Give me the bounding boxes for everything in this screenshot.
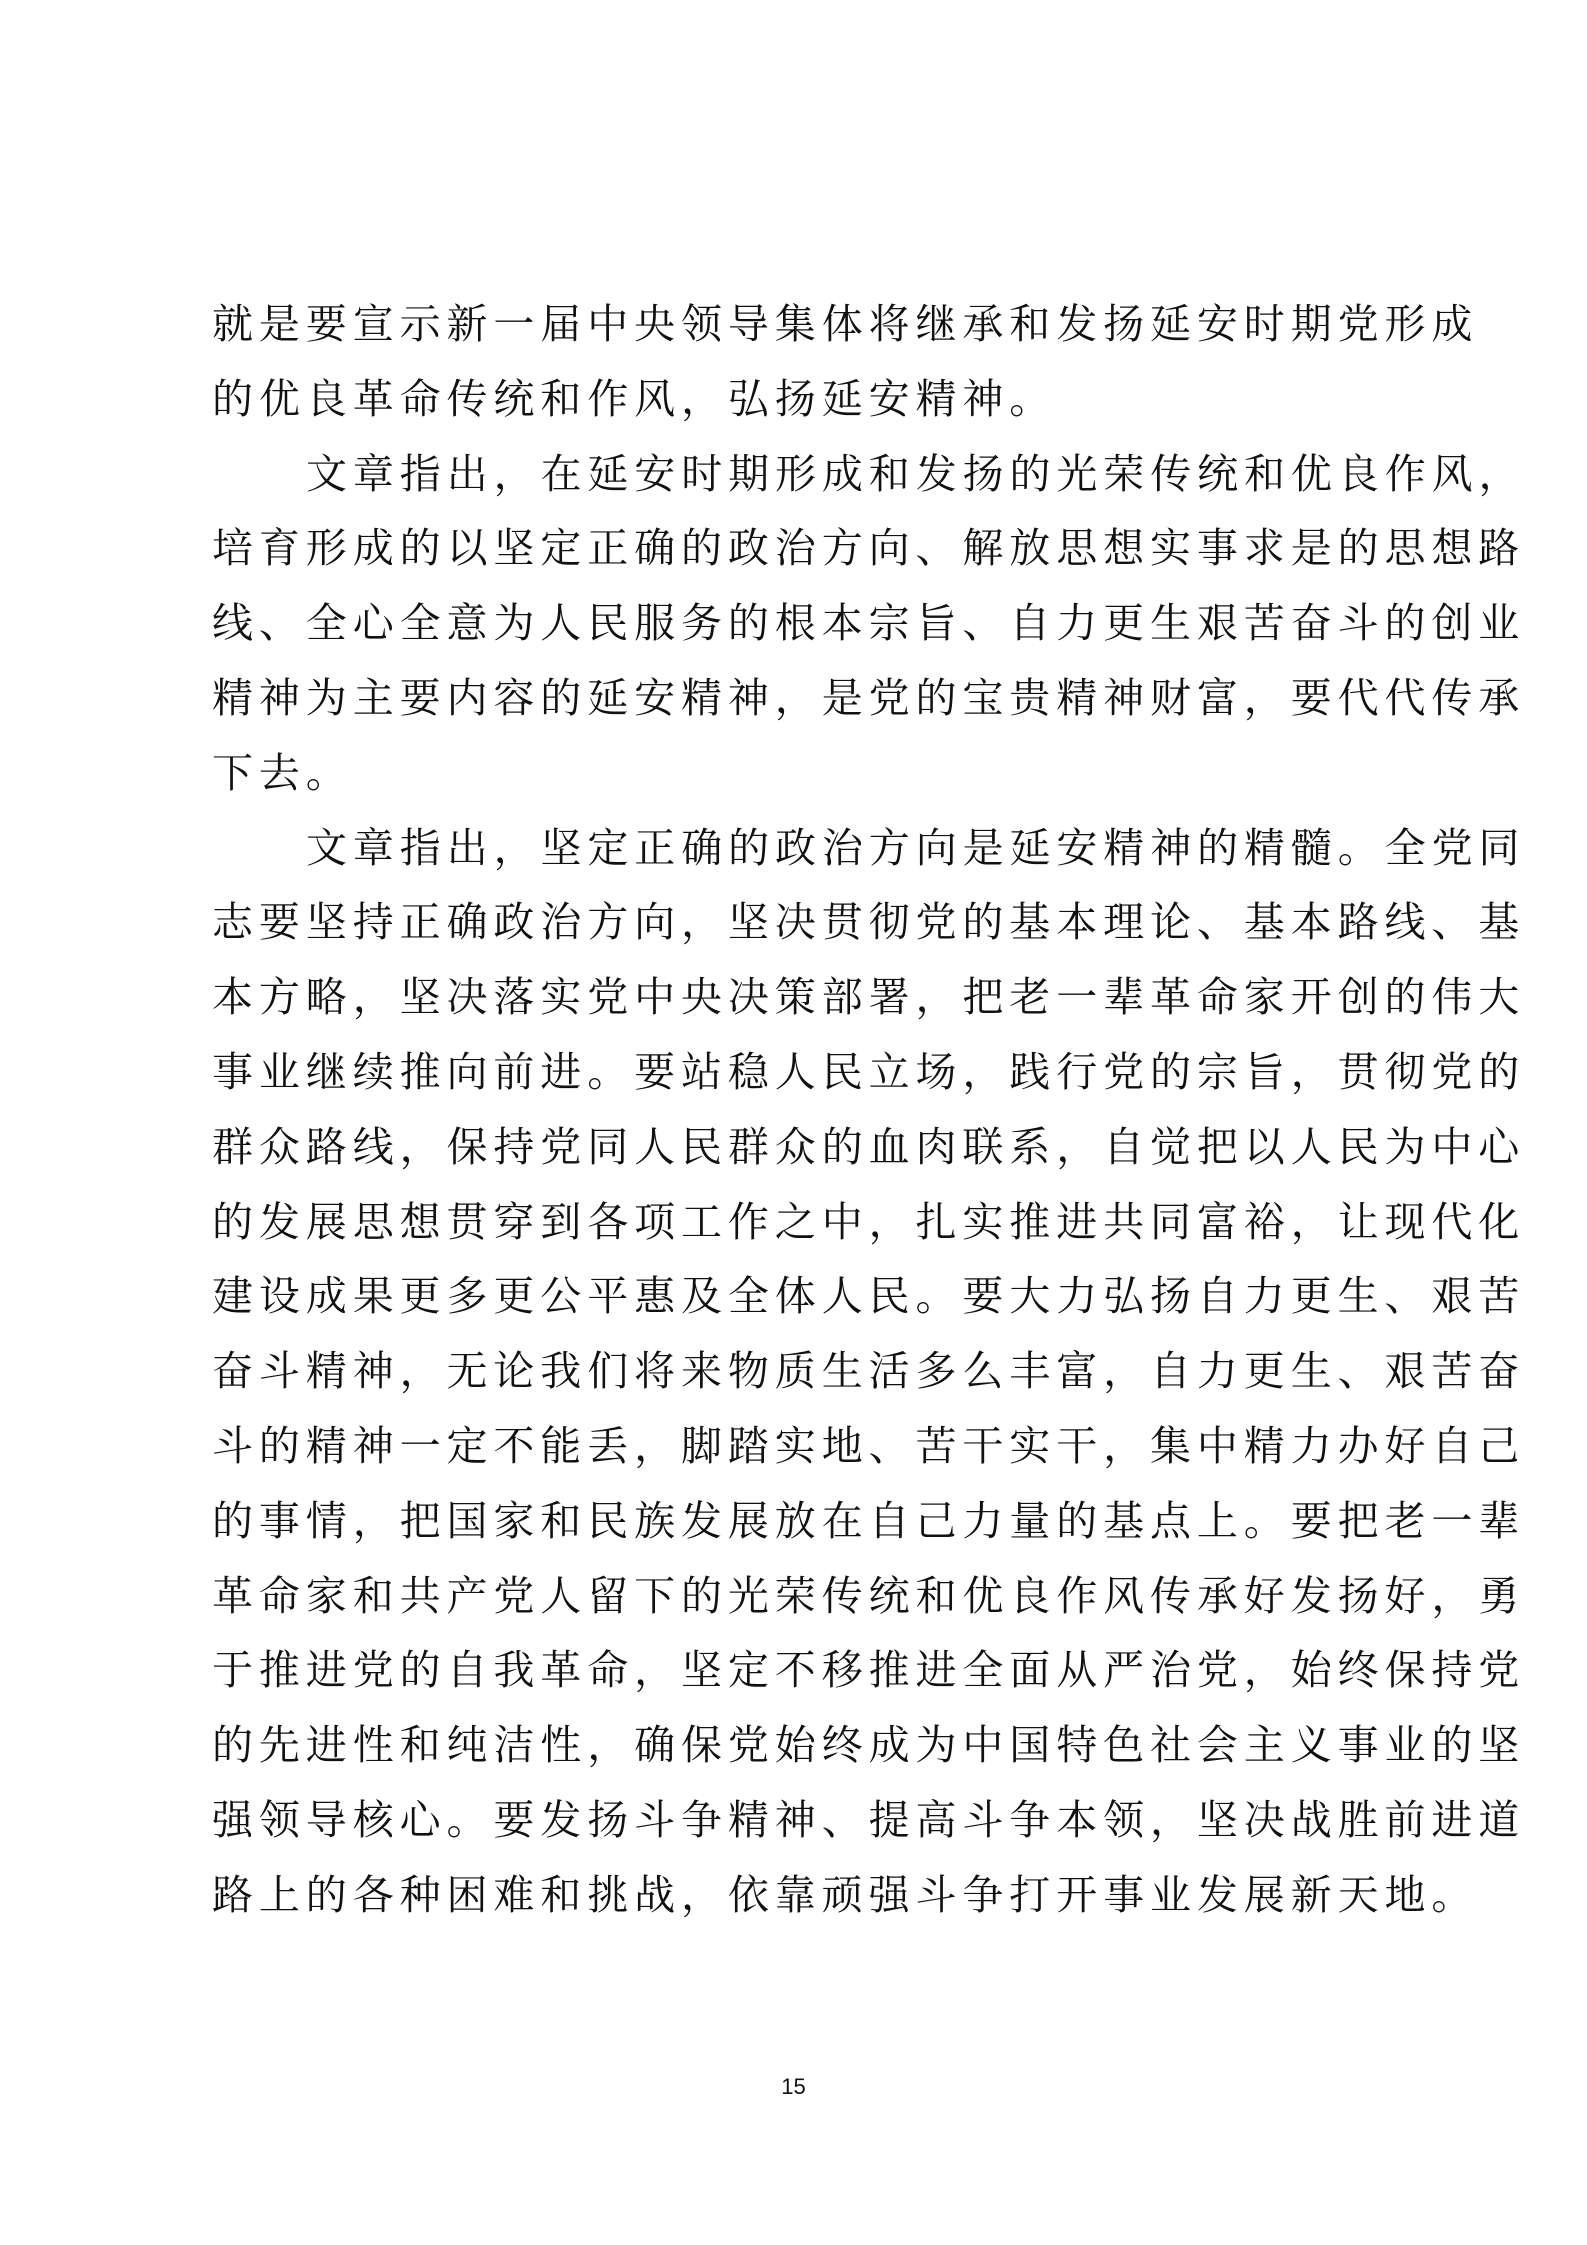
page-number: 15 (0, 2074, 1587, 2100)
text-line: 文章指出，在延安时期形成和发扬的光荣传统和优良作风， (212, 437, 1388, 512)
text-line: 建设成果更多更公平惠及全体人民。要大力弘扬自力更生、艰苦 (212, 1259, 1388, 1334)
text-line: 就是要宣示新一届中央领导集体将继承和发扬延安时期党形成 (212, 287, 1388, 362)
text-line: 斗的精神一定不能丢，脚踏实地、苦干实干，集中精力办好自己 (212, 1409, 1388, 1484)
text-line: 线、全心全意为人民服务的根本宗旨、自力更生艰苦奋斗的创业 (212, 586, 1388, 661)
text-line: 革命家和共产党人留下的光荣传统和优良作风传承好发扬好，勇 (212, 1559, 1388, 1634)
text-line: 的发展思想贯穿到各项工作之中，扎实推进共同富裕，让现代化 (212, 1185, 1388, 1260)
text-line: 本方略，坚决落实党中央决策部署，把老一辈革命家开创的伟大 (212, 960, 1388, 1035)
text-line: 下去。 (212, 736, 1388, 811)
text-line: 事业继续推向前进。要站稳人民立场，践行党的宗旨，贯彻党的 (212, 1035, 1388, 1110)
paragraph-1: 就是要宣示新一届中央领导集体将继承和发扬延安时期党形成 的优良革命传统和作风，弘… (212, 287, 1388, 437)
text-line: 路上的各种困难和挑战，依靠顽强斗争打开事业发展新天地。 (212, 1858, 1388, 1933)
paragraph-2: 文章指出，在延安时期形成和发扬的光荣传统和优良作风， 培育形成的以坚定正确的政治… (212, 437, 1388, 811)
text-line: 于推进党的自我革命，坚定不移推进全面从严治党，始终保持党 (212, 1633, 1388, 1708)
text-line: 的事情，把国家和民族发展放在自己力量的基点上。要把老一辈 (212, 1484, 1388, 1559)
text-line: 志要坚持正确政治方向，坚决贯彻党的基本理论、基本路线、基 (212, 885, 1388, 960)
text-line: 群众路线，保持党同人民群众的血肉联系，自觉把以人民为中心 (212, 1110, 1388, 1185)
text-line: 奋斗精神，无论我们将来物质生活多么丰富，自力更生、艰苦奋 (212, 1334, 1388, 1409)
text-line: 的先进性和纯洁性，确保党始终成为中国特色社会主义事业的坚 (212, 1708, 1388, 1783)
text-line: 的优良革命传统和作风，弘扬延安精神。 (212, 362, 1388, 437)
text-line: 强领导核心。要发扬斗争精神、提高斗争本领，坚决战胜前进道 (212, 1783, 1388, 1858)
text-line: 文章指出，坚定正确的政治方向是延安精神的精髓。全党同 (212, 811, 1388, 886)
paragraph-3: 文章指出，坚定正确的政治方向是延安精神的精髓。全党同 志要坚持正确政治方向，坚决… (212, 811, 1388, 1933)
text-line: 精神为主要内容的延安精神，是党的宝贵精神财富，要代代传承 (212, 661, 1388, 736)
document-page: 就是要宣示新一届中央领导集体将继承和发扬延安时期党形成 的优良革命传统和作风，弘… (0, 0, 1587, 2245)
body-text: 就是要宣示新一届中央领导集体将继承和发扬延安时期党形成 的优良革命传统和作风，弘… (212, 287, 1388, 1933)
text-line: 培育形成的以坚定正确的政治方向、解放思想实事求是的思想路 (212, 511, 1388, 586)
